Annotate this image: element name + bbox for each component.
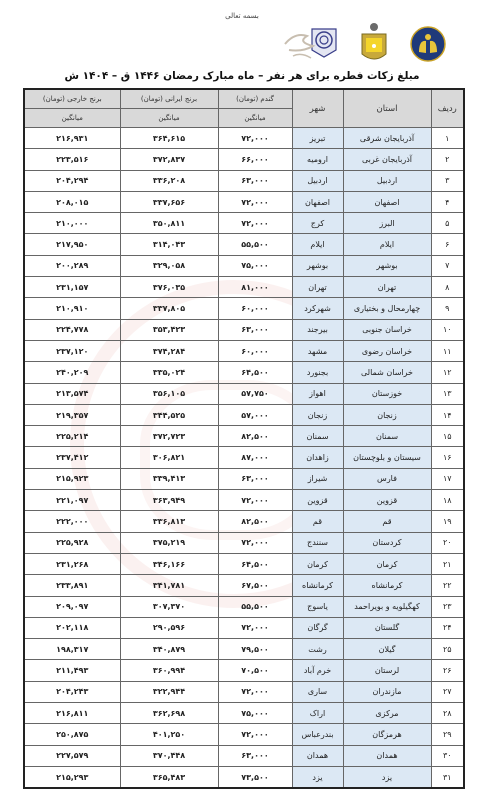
city-cell: سنندج [292, 532, 343, 553]
province-cell: فارس [343, 468, 431, 489]
iranian-rice-price-cell: ۳۳۵,۰۲۴ [120, 362, 218, 383]
table-row: ۲۲کرمانشاهکرمانشاه۶۷,۵۰۰۳۴۱,۷۸۱۲۳۳,۸۹۱ [24, 575, 464, 596]
wheat-price-cell: ۶۶,۰۰۰ [218, 149, 292, 170]
iranian-rice-price-cell: ۳۶۳,۹۴۹ [120, 490, 218, 511]
province-cell: گیلان [343, 639, 431, 660]
wheat-price-cell: ۶۰,۰۰۰ [218, 298, 292, 319]
wheat-price-cell: ۵۵,۵۰۰ [218, 234, 292, 255]
city-cell: بیرجند [292, 319, 343, 340]
col-header-province: استان [343, 89, 431, 128]
wheat-price-cell: ۶۳,۰۰۰ [218, 468, 292, 489]
wheat-price-cell: ۵۷,۰۰۰ [218, 404, 292, 425]
foreign-rice-price-cell: ۲۱۳,۵۷۴ [24, 383, 120, 404]
logo-bar [0, 22, 484, 66]
foreign-rice-price-cell: ۲۳۱,۱۵۷ [24, 277, 120, 298]
foreign-rice-price-cell: ۲۱۵,۹۲۳ [24, 468, 120, 489]
wheat-price-cell: ۶۳,۰۰۰ [218, 170, 292, 191]
wheat-price-cell: ۸۱,۰۰۰ [218, 277, 292, 298]
foreign-rice-price-cell: ۲۲۴,۷۷۸ [24, 319, 120, 340]
foreign-rice-price-cell: ۲۰۲,۱۱۸ [24, 617, 120, 638]
city-cell: همدان [292, 745, 343, 766]
wheat-price-cell: ۷۲,۰۰۰ [218, 128, 292, 149]
col-header-index: ردیف [431, 89, 464, 128]
city-cell: اردبیل [292, 170, 343, 191]
iranian-rice-price-cell: ۳۵۶,۱۰۵ [120, 383, 218, 404]
province-cell: لرستان [343, 660, 431, 681]
wheat-price-cell: ۷۰,۵۰۰ [218, 660, 292, 681]
row-index: ۲۶ [431, 660, 464, 681]
row-index: ۲۵ [431, 639, 464, 660]
province-cell: کهگیلویه و بویراحمد [343, 596, 431, 617]
relief-committee-logo-icon [410, 26, 446, 62]
iranian-rice-price-cell: ۳۶۲,۶۹۸ [120, 703, 218, 724]
wheat-price-cell: ۶۳,۰۰۰ [218, 745, 292, 766]
iranian-rice-price-cell: ۳۷۵,۲۱۹ [120, 532, 218, 553]
row-index: ۳ [431, 170, 464, 191]
row-index: ۲۹ [431, 724, 464, 745]
iranian-rice-price-cell: ۳۳۶,۲۰۸ [120, 170, 218, 191]
province-cell: خراسان جنوبی [343, 319, 431, 340]
row-index: ۶ [431, 234, 464, 255]
province-cell: البرز [343, 213, 431, 234]
city-cell: شیراز [292, 468, 343, 489]
wheat-price-cell: ۸۷,۰۰۰ [218, 447, 292, 468]
province-cell: گلستان [343, 617, 431, 638]
wheat-price-cell: ۷۲,۰۰۰ [218, 724, 292, 745]
table-row: ۳اردبیلاردبیل۶۳,۰۰۰۳۳۶,۲۰۸۲۰۴,۲۹۴ [24, 170, 464, 191]
row-index: ۲۲ [431, 575, 464, 596]
table-row: ۸تهرانتهران۸۱,۰۰۰۳۷۶,۰۳۵۲۳۱,۱۵۷ [24, 277, 464, 298]
table-row: ۲۶لرستانخرم آباد۷۰,۵۰۰۳۶۰,۹۹۴۲۱۱,۴۹۳ [24, 660, 464, 681]
table-row: ۲آذربایجان غربیارومیه۶۶,۰۰۰۳۷۲,۸۳۷۲۲۳,۵۱… [24, 149, 464, 170]
subheader-average-iranian-rice: میانگین [120, 109, 218, 128]
wheat-price-cell: ۸۲,۵۰۰ [218, 511, 292, 532]
wheat-price-cell: ۷۲,۰۰۰ [218, 490, 292, 511]
foreign-rice-price-cell: ۲۲۲,۰۰۰ [24, 511, 120, 532]
province-cell: همدان [343, 745, 431, 766]
row-index: ۸ [431, 277, 464, 298]
table-row: ۲۰کردستانسنندج۷۲,۰۰۰۳۷۵,۲۱۹۲۲۵,۹۲۸ [24, 532, 464, 553]
foreign-rice-price-cell: ۲۱۶,۹۳۱ [24, 128, 120, 149]
row-index: ۴ [431, 191, 464, 212]
city-cell: ساری [292, 681, 343, 702]
iranian-rice-price-cell: ۳۷۲,۷۲۳ [120, 426, 218, 447]
iranian-rice-price-cell: ۳۶۵,۴۸۳ [120, 766, 218, 788]
city-cell: بندرعباس [292, 724, 343, 745]
city-cell: ارومیه [292, 149, 343, 170]
foreign-rice-price-cell: ۲۱۵,۲۹۳ [24, 766, 120, 788]
wheat-price-cell: ۶۴,۵۰۰ [218, 553, 292, 574]
city-cell: قزوین [292, 490, 343, 511]
table-row: ۱۴زنجانزنجان۵۷,۰۰۰۳۴۴,۵۲۵۲۱۹,۳۵۷ [24, 404, 464, 425]
zakat-table: ردیف استان شهر گندم (تومان) برنج ایرانی … [23, 88, 465, 789]
wheat-price-cell: ۷۵,۰۰۰ [218, 255, 292, 276]
table-row: ۱۹قمقم۸۲,۵۰۰۳۳۶,۸۱۳۲۲۲,۰۰۰ [24, 511, 464, 532]
table-row: ۱۲خراسان شمالیبجنورد۶۴,۵۰۰۳۳۵,۰۲۴۲۴۰,۲۰۹ [24, 362, 464, 383]
city-cell: سمنان [292, 426, 343, 447]
table-row: ۱آذربایجان شرقیتبریز۷۲,۰۰۰۳۶۴,۶۱۵۲۱۶,۹۳۱ [24, 128, 464, 149]
foreign-rice-price-cell: ۲۱۰,۹۱۰ [24, 298, 120, 319]
row-index: ۲۴ [431, 617, 464, 638]
iranian-rice-price-cell: ۳۳۹,۴۱۳ [120, 468, 218, 489]
city-cell: خرم آباد [292, 660, 343, 681]
row-index: ۳۰ [431, 745, 464, 766]
wheat-price-cell: ۶۳,۰۰۰ [218, 319, 292, 340]
iranian-rice-price-cell: ۳۵۳,۴۲۳ [120, 319, 218, 340]
table-row: ۲۷مازندرانساری۷۲,۰۰۰۳۲۲,۹۴۴۲۰۴,۲۴۳ [24, 681, 464, 702]
col-header-iranian-rice: برنج ایرانی (تومان) [120, 89, 218, 109]
city-cell: تهران [292, 277, 343, 298]
col-header-foreign-rice: برنج خارجی (تومان) [24, 89, 120, 109]
iranian-rice-price-cell: ۳۳۷,۸۰۵ [120, 298, 218, 319]
foreign-rice-price-cell: ۲۳۳,۸۹۱ [24, 575, 120, 596]
row-index: ۵ [431, 213, 464, 234]
foreign-rice-price-cell: ۲۲۱,۰۹۷ [24, 490, 120, 511]
col-header-wheat: گندم (تومان) [218, 89, 292, 109]
foreign-rice-price-cell: ۲۰۹,۰۹۷ [24, 596, 120, 617]
city-cell: بجنورد [292, 362, 343, 383]
col-header-city: شهر [292, 89, 343, 128]
iranian-rice-price-cell: ۳۱۴,۰۴۳ [120, 234, 218, 255]
city-cell: یزد [292, 766, 343, 788]
wheat-price-cell: ۷۲,۰۰۰ [218, 617, 292, 638]
foreign-rice-price-cell: ۲۱۹,۳۵۷ [24, 404, 120, 425]
city-cell: یاسوج [292, 596, 343, 617]
city-cell: زنجان [292, 404, 343, 425]
city-cell: گرگان [292, 617, 343, 638]
row-index: ۲۸ [431, 703, 464, 724]
iranian-rice-price-cell: ۳۰۶,۸۲۱ [120, 447, 218, 468]
city-cell: تبریز [292, 128, 343, 149]
wheat-price-cell: ۷۲,۰۰۰ [218, 213, 292, 234]
foreign-rice-price-cell: ۲۰۴,۲۹۴ [24, 170, 120, 191]
province-cell: زنجان [343, 404, 431, 425]
city-cell: رشت [292, 639, 343, 660]
province-cell: یزد [343, 766, 431, 788]
table-row: ۲۴گلستانگرگان۷۲,۰۰۰۲۹۰,۵۹۶۲۰۲,۱۱۸ [24, 617, 464, 638]
table-row: ۶ایلامایلام۵۵,۵۰۰۳۱۴,۰۴۳۲۱۷,۹۵۰ [24, 234, 464, 255]
row-index: ۷ [431, 255, 464, 276]
province-cell: خوزستان [343, 383, 431, 404]
wheat-price-cell: ۶۷,۵۰۰ [218, 575, 292, 596]
foreign-rice-price-cell: ۲۰۰,۲۸۹ [24, 255, 120, 276]
iranian-rice-price-cell: ۳۶۰,۹۹۴ [120, 660, 218, 681]
table-row: ۷بوشهربوشهر۷۵,۰۰۰۳۲۹,۰۵۸۲۰۰,۲۸۹ [24, 255, 464, 276]
row-index: ۱۴ [431, 404, 464, 425]
row-index: ۱۱ [431, 340, 464, 361]
province-cell: قم [343, 511, 431, 532]
table-row: ۹چهارمحال و بختیاریشهرکرد۶۰,۰۰۰۳۳۷,۸۰۵۲۱… [24, 298, 464, 319]
city-cell: اهواز [292, 383, 343, 404]
foreign-rice-price-cell: ۲۲۳,۵۱۶ [24, 149, 120, 170]
foreign-rice-price-cell: ۲۳۷,۱۲۰ [24, 340, 120, 361]
foreign-rice-price-cell: ۲۰۸,۰۱۵ [24, 191, 120, 212]
province-cell: سمنان [343, 426, 431, 447]
wheat-price-cell: ۷۲,۰۰۰ [218, 681, 292, 702]
iranian-rice-price-cell: ۳۶۴,۶۱۵ [120, 128, 218, 149]
row-index: ۲۰ [431, 532, 464, 553]
province-cell: کرمانشاه [343, 575, 431, 596]
foreign-rice-price-cell: ۲۱۱,۴۹۳ [24, 660, 120, 681]
city-cell: اراک [292, 703, 343, 724]
foreign-rice-price-cell: ۲۳۱,۲۶۸ [24, 553, 120, 574]
row-index: ۹ [431, 298, 464, 319]
province-cell: خراسان شمالی [343, 362, 431, 383]
row-index: ۱ [431, 128, 464, 149]
wheat-price-cell: ۷۵,۰۰۰ [218, 703, 292, 724]
table-row: ۲۸مرکزیاراک۷۵,۰۰۰۳۶۲,۶۹۸۲۱۶,۸۱۱ [24, 703, 464, 724]
wheat-price-cell: ۷۲,۰۰۰ [218, 191, 292, 212]
city-cell: ایلام [292, 234, 343, 255]
iranian-rice-price-cell: ۳۳۶,۸۱۳ [120, 511, 218, 532]
foreign-rice-price-cell: ۲۰۴,۲۴۳ [24, 681, 120, 702]
table-row: ۱۵سمنانسمنان۸۲,۵۰۰۳۷۲,۷۲۳۲۲۵,۲۱۴ [24, 426, 464, 447]
province-cell: چهارمحال و بختیاری [343, 298, 431, 319]
row-index: ۱۰ [431, 319, 464, 340]
basmala-heading: بسمه تعالی [0, 12, 484, 20]
province-cell: کردستان [343, 532, 431, 553]
province-cell: قزوین [343, 490, 431, 511]
foreign-rice-price-cell: ۱۹۸,۳۱۷ [24, 639, 120, 660]
row-index: ۱۳ [431, 383, 464, 404]
city-cell: کرج [292, 213, 343, 234]
row-index: ۱۵ [431, 426, 464, 447]
wheat-price-cell: ۷۳,۵۰۰ [218, 766, 292, 788]
foreign-rice-price-cell: ۲۱۷,۹۵۰ [24, 234, 120, 255]
province-cell: مرکزی [343, 703, 431, 724]
province-cell: آذربایجان غربی [343, 149, 431, 170]
wheat-price-cell: ۷۹,۵۰۰ [218, 639, 292, 660]
iranian-rice-price-cell: ۳۴۰,۸۷۹ [120, 639, 218, 660]
city-cell: مشهد [292, 340, 343, 361]
table-row: ۲۹هرمزگانبندرعباس۷۲,۰۰۰۴۰۱,۲۵۰۲۵۰,۸۷۵ [24, 724, 464, 745]
iranian-rice-price-cell: ۳۴۱,۷۸۱ [120, 575, 218, 596]
table-row: ۱۷فارسشیراز۶۳,۰۰۰۳۳۹,۴۱۳۲۱۵,۹۲۳ [24, 468, 464, 489]
table-row: ۱۳خوزستاناهواز۵۷,۷۵۰۳۵۶,۱۰۵۲۱۳,۵۷۴ [24, 383, 464, 404]
row-index: ۲۷ [431, 681, 464, 702]
city-cell: بوشهر [292, 255, 343, 276]
row-index: ۲۱ [431, 553, 464, 574]
row-index: ۱۲ [431, 362, 464, 383]
foreign-rice-price-cell: ۲۵۰,۸۷۵ [24, 724, 120, 745]
subheader-average-foreign-rice: میانگین [24, 109, 120, 128]
province-cell: کرمان [343, 553, 431, 574]
table-row: ۵البرزکرج۷۲,۰۰۰۳۵۰,۸۱۱۲۱۰,۰۰۰ [24, 213, 464, 234]
iranian-rice-price-cell: ۳۳۷,۶۵۶ [120, 191, 218, 212]
city-cell: زاهدان [292, 447, 343, 468]
iranian-rice-price-cell: ۳۷۴,۲۸۴ [120, 340, 218, 361]
wheat-price-cell: ۶۴,۵۰۰ [218, 362, 292, 383]
row-index: ۳۱ [431, 766, 464, 788]
iranian-rice-price-cell: ۳۷۰,۴۴۸ [120, 745, 218, 766]
army-emblem-icon [360, 22, 388, 64]
table-row: ۲۱کرمانکرمان۶۴,۵۰۰۳۴۶,۱۶۶۲۳۱,۲۶۸ [24, 553, 464, 574]
wheat-price-cell: ۸۲,۵۰۰ [218, 426, 292, 447]
province-cell: اردبیل [343, 170, 431, 191]
wheat-price-cell: ۵۷,۷۵۰ [218, 383, 292, 404]
province-cell: خراسان رضوی [343, 340, 431, 361]
wheat-price-cell: ۷۲,۰۰۰ [218, 532, 292, 553]
row-index: ۲۳ [431, 596, 464, 617]
table-row: ۱۸قزوینقزوین۷۲,۰۰۰۳۶۳,۹۴۹۲۲۱,۰۹۷ [24, 490, 464, 511]
row-index: ۲ [431, 149, 464, 170]
wheat-price-cell: ۶۰,۰۰۰ [218, 340, 292, 361]
province-cell: تهران [343, 277, 431, 298]
province-cell: آذربایجان شرقی [343, 128, 431, 149]
row-index: ۱۷ [431, 468, 464, 489]
page-title: مبلغ زکات فطره برای هر نفر – ماه مبارک ر… [0, 70, 484, 82]
iranian-rice-price-cell: ۳۲۹,۰۵۸ [120, 255, 218, 276]
table-row: ۲۳کهگیلویه و بویراحمدیاسوج۵۵,۵۰۰۳۰۷,۳۷۰۲… [24, 596, 464, 617]
calligraphy-logo-icon [283, 26, 323, 64]
foreign-rice-price-cell: ۲۱۶,۸۱۱ [24, 703, 120, 724]
iranian-rice-price-cell: ۳۲۲,۹۴۴ [120, 681, 218, 702]
foreign-rice-price-cell: ۲۳۷,۴۱۲ [24, 447, 120, 468]
city-cell: کرمانشاه [292, 575, 343, 596]
foreign-rice-price-cell: ۲۲۵,۹۲۸ [24, 532, 120, 553]
foreign-rice-price-cell: ۲۴۰,۲۰۹ [24, 362, 120, 383]
foreign-rice-price-cell: ۲۲۷,۵۷۹ [24, 745, 120, 766]
province-cell: ایلام [343, 234, 431, 255]
iranian-rice-price-cell: ۳۴۶,۱۶۶ [120, 553, 218, 574]
province-cell: سیستان و بلوچستان [343, 447, 431, 468]
table-row: ۱۶سیستان و بلوچستانزاهدان۸۷,۰۰۰۳۰۶,۸۲۱۲۳… [24, 447, 464, 468]
foreign-rice-price-cell: ۲۲۵,۲۱۴ [24, 426, 120, 447]
table-row: ۱۰خراسان جنوبیبیرجند۶۳,۰۰۰۳۵۳,۴۲۳۲۲۴,۷۷۸ [24, 319, 464, 340]
table-row: ۲۵گیلانرشت۷۹,۵۰۰۳۴۰,۸۷۹۱۹۸,۳۱۷ [24, 639, 464, 660]
table-row: ۳۱یزدیزد۷۳,۵۰۰۳۶۵,۴۸۳۲۱۵,۲۹۳ [24, 766, 464, 788]
iranian-rice-price-cell: ۳۰۷,۳۷۰ [120, 596, 218, 617]
city-cell: شهرکرد [292, 298, 343, 319]
table-row: ۱۱خراسان رضویمشهد۶۰,۰۰۰۳۷۴,۲۸۴۲۳۷,۱۲۰ [24, 340, 464, 361]
foreign-rice-price-cell: ۲۱۰,۰۰۰ [24, 213, 120, 234]
wheat-price-cell: ۵۵,۵۰۰ [218, 596, 292, 617]
subheader-average-wheat: میانگین [218, 109, 292, 128]
table-row: ۳۰همدانهمدان۶۳,۰۰۰۳۷۰,۴۴۸۲۲۷,۵۷۹ [24, 745, 464, 766]
row-index: ۱۶ [431, 447, 464, 468]
row-index: ۱۸ [431, 490, 464, 511]
iranian-rice-price-cell: ۲۹۰,۵۹۶ [120, 617, 218, 638]
province-cell: بوشهر [343, 255, 431, 276]
city-cell: قم [292, 511, 343, 532]
province-cell: مازندران [343, 681, 431, 702]
iranian-rice-price-cell: ۳۷۲,۸۳۷ [120, 149, 218, 170]
iranian-rice-price-cell: ۳۵۰,۸۱۱ [120, 213, 218, 234]
province-cell: هرمزگان [343, 724, 431, 745]
city-cell: اصفهان [292, 191, 343, 212]
iranian-rice-price-cell: ۳۷۶,۰۳۵ [120, 277, 218, 298]
iranian-rice-price-cell: ۳۴۴,۵۲۵ [120, 404, 218, 425]
city-cell: کرمان [292, 553, 343, 574]
table-row: ۴اصفهاناصفهان۷۲,۰۰۰۳۳۷,۶۵۶۲۰۸,۰۱۵ [24, 191, 464, 212]
province-cell: اصفهان [343, 191, 431, 212]
iranian-rice-price-cell: ۴۰۱,۲۵۰ [120, 724, 218, 745]
row-index: ۱۹ [431, 511, 464, 532]
